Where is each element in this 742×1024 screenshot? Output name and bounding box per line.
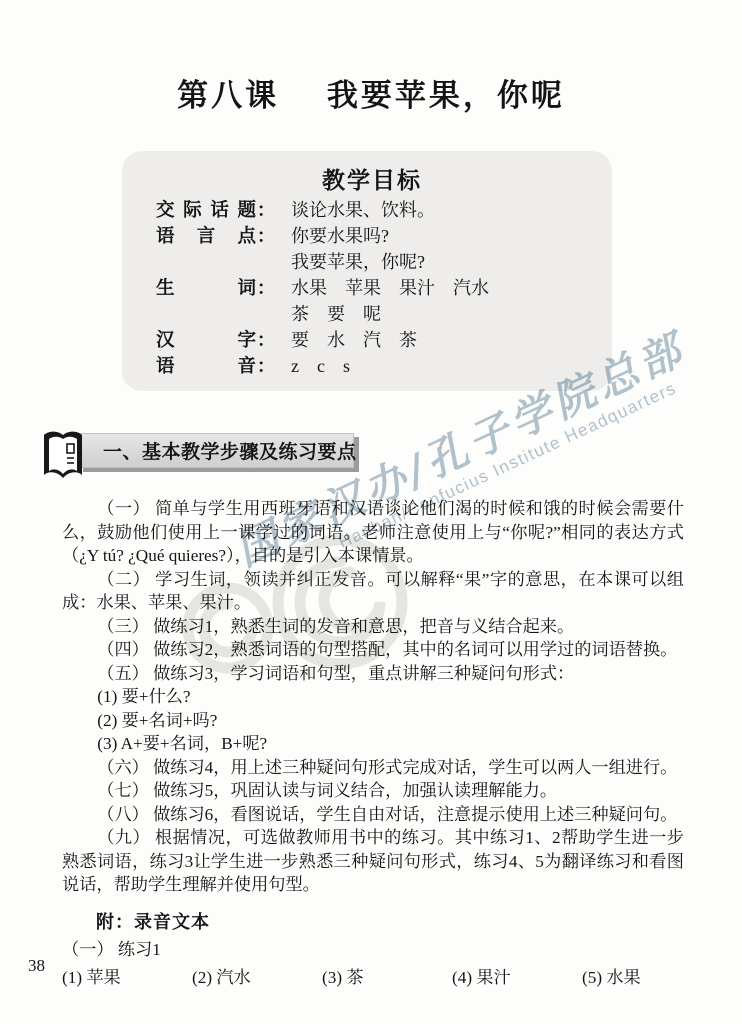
page-number: 38 [28,956,45,976]
objectives-row: 生词： 水果 苹果 果汁 汽水 茶 要 呢 [156,275,588,327]
teaching-step: （六） 做练习4，用上述三种疑问句形式完成对话，学生可以两人一组进行。 [62,756,684,780]
appendix-title: 附：录音文本 [96,909,684,937]
teaching-step: （八） 做练习6，看图说话，学生自由对话，注意提示使用上述三种疑问句。 [62,803,684,827]
appendix-items: (1) 苹果 (2) 汽水 (3) 茶 (4) 果汁 (5) 水果 [62,964,684,992]
section-header-label: 一、基本教学步骤及练习要点 [103,437,357,464]
appendix-section: 附：录音文本 （一） 练习1 (1) 苹果 (2) 汽水 (3) 茶 (4) 果… [62,909,684,992]
objectives-row-colon: ： [257,353,275,379]
objectives-row-label: 交际话题 [156,197,256,223]
objectives-value-line: 茶 要 呢 [291,301,489,327]
textbook-page: 第八课 我要苹果，你呢 教学目标 交际话题： 谈论水果、饮料。 语言点： [0,0,742,1024]
objectives-value-line: z c s [291,353,350,379]
objectives-value-line: 谈论水果、饮料。 [291,197,435,223]
objectives-row-values: 你要水果吗? 我要苹果，你呢? [291,223,425,275]
objectives-row-label: 生词 [156,275,256,327]
teaching-step: (3) A+要+名词，B+呢? [62,732,684,756]
objectives-row-label: 语言点 [156,223,256,275]
objectives-row: 汉字： 要 水 汽 茶 [156,327,588,353]
appendix-subtitle: （一） 练习1 [62,936,684,964]
teaching-objectives-box: 教学目标 交际话题： 谈论水果、饮料。 语言点： [122,151,612,391]
objectives-row-colon: ： [257,275,275,327]
objectives-row-values: 谈论水果、饮料。 [291,197,435,223]
teaching-step: (1) 要+什么? [62,685,684,709]
appendix-item: (1) 苹果 [62,964,192,992]
teaching-steps: （一） 简单与学生用西班牙语和汉语谈论他们渴的时候和饿的时候会需要什么，鼓励他们… [62,497,684,897]
appendix-item: (3) 茶 [322,964,452,992]
objectives-row: 语言点： 你要水果吗? 我要苹果，你呢? [156,223,588,275]
objectives-value-line: 你要水果吗? [291,223,425,249]
teaching-step: （三） 做练习1，熟悉生词的发音和意思，把音与义结合起来。 [62,615,684,639]
section-header: 一、基本教学步骤及练习要点 [78,427,742,467]
objectives-row-values: 水果 苹果 果汁 汽水 茶 要 呢 [291,275,489,327]
teaching-step: （一） 简单与学生用西班牙语和汉语谈论他们渴的时候和饿的时候会需要什么，鼓励他们… [62,497,684,568]
teaching-step: （四） 做练习2，熟悉词语的句型搭配，其中的名词可以用学过的词语替换。 [62,638,684,662]
objectives-row-label: 语音 [156,353,256,379]
objectives-row-colon: ： [257,223,275,275]
teaching-step: （九） 根据情况，可选做教师用书中的练习。其中练习1、2帮助学生进一步熟悉词语，… [62,826,684,897]
appendix-item: (4) 果汁 [452,964,582,992]
open-book-icon [42,430,84,482]
objectives-row-colon: ： [257,197,275,223]
section-header-bar: 一、基本教学步骤及练习要点 [78,433,354,468]
teaching-step: （七） 做练习5，巩固认读与词义结合，加强认读理解能力。 [62,779,684,803]
objectives-value-line: 要 水 汽 茶 [291,327,417,353]
appendix-item: (5) 水果 [582,964,641,992]
objectives-row-values: 要 水 汽 茶 [291,327,417,353]
objectives-title: 教学目标 [156,163,588,197]
objectives-rows: 交际话题： 谈论水果、饮料。 语言点： 你要水果吗? [156,197,588,379]
objectives-value-line: 水果 苹果 果汁 汽水 [291,275,489,301]
teaching-step: （二） 学习生词，领读并纠正发音。可以解释“果”字的意思，在本课可以组成：水果、… [62,568,684,615]
appendix-item: (2) 汽水 [192,964,322,992]
objectives-row: 语音： z c s [156,353,588,379]
objectives-row: 交际话题： 谈论水果、饮料。 [156,197,588,223]
objectives-row-values: z c s [291,353,350,379]
lesson-title: 第八课 我要苹果，你呢 [0,0,742,115]
objectives-value-line: 我要苹果，你呢? [291,249,425,275]
objectives-row-colon: ： [257,327,275,353]
teaching-step: （五） 做练习3，学习词语和句型，重点讲解三种疑问句形式： [62,662,684,686]
objectives-row-label: 汉字 [156,327,256,353]
teaching-step: (2) 要+名词+吗? [62,709,684,733]
